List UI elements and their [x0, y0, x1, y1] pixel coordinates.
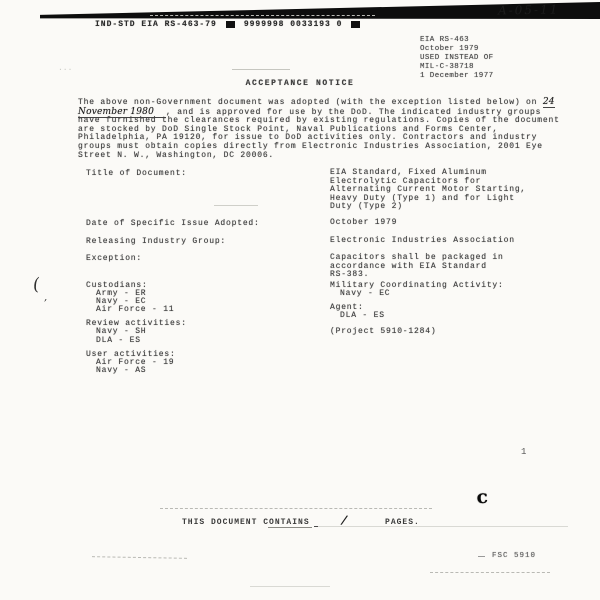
document-contains-line: THIS DOCUMENT CONTAINS / PAGES.	[182, 513, 420, 527]
project-number-note: (Project 5910-1284)	[330, 327, 436, 336]
scan-artifact-line	[268, 527, 312, 528]
page-title: ACCEPTANCE NOTICE	[0, 79, 600, 88]
handwritten-paren-mark: (	[32, 275, 41, 296]
standard-number: EIA RS-463	[420, 36, 494, 45]
coordinating-activity-item: Navy - EC	[330, 290, 504, 298]
agent-item: DLA - ES	[330, 312, 504, 320]
scan-artifact-line	[318, 526, 568, 527]
document-id-stamp: IND-STD EIA RS-463-79 9999998 0033193 0	[95, 20, 360, 29]
fsc-code: FSC 5910	[492, 552, 536, 560]
scan-artifact-line	[430, 572, 550, 573]
scanned-acceptance-notice-page: IND-STD EIA RS-463-79 9999998 0033193 0 …	[0, 0, 600, 600]
review-activity-item: DLA - ES	[86, 337, 187, 345]
ink-blob-mark: C	[476, 492, 487, 508]
user-activity-item: Navy - AS	[86, 367, 187, 375]
handwritten-comma-mark: ,	[44, 292, 47, 303]
stamp-doc-id: IND-STD EIA RS-463-79	[95, 20, 217, 29]
used-instead-of-label: USED INSTEAD OF	[420, 54, 494, 63]
scan-artifact-line	[232, 69, 290, 70]
contains-label: THIS DOCUMENT CONTAINS	[182, 518, 310, 527]
activities-left-column: Custodians: Army - ER Navy - EC Air Forc…	[86, 282, 187, 375]
scan-artifact-line	[160, 508, 432, 509]
standard-date: October 1979	[420, 45, 494, 54]
scan-artifact-line	[92, 556, 187, 559]
scan-artifact-dots: ...	[58, 64, 76, 73]
scan-artifact-line	[214, 205, 258, 206]
stamp-block-icon	[226, 21, 235, 28]
field-value-exception: Capacitors shall be packaged in accordan…	[330, 254, 566, 280]
field-value-releasing-group: Electronic Industries Association	[330, 237, 566, 246]
field-value-title-of-document: EIA Standard, Fixed Aluminum Electrolyti…	[330, 169, 566, 212]
field-label-exception: Exception:	[86, 254, 142, 263]
custodian-item: Air Force - 11	[86, 306, 187, 314]
scan-artifact-line	[150, 15, 375, 16]
superseded-spec: MIL-C-38718	[420, 63, 494, 72]
adoption-paragraph: The above non-Government document was ad…	[78, 98, 564, 160]
adoption-text-post: , and is approved for use by the DoD. Th…	[78, 108, 560, 160]
scan-artifact-line	[478, 556, 485, 557]
scan-artifact-line	[250, 586, 330, 587]
activities-right-column: Military Coordinating Activity: Navy - E…	[330, 282, 504, 320]
stamp-block-icon	[351, 21, 360, 28]
adoption-text-pre: The above non-Government document was ad…	[78, 98, 543, 107]
field-label-date-adopted: Date of Specific Issue Adopted:	[86, 219, 260, 228]
field-label-title-of-document: Title of Document:	[86, 169, 187, 178]
standard-id-block: EIA RS-463 October 1979 USED INSTEAD OF …	[420, 36, 494, 81]
stamp-code: 9999998 0033193 0	[244, 20, 343, 29]
page-marker: 1	[521, 447, 526, 457]
field-value-date-adopted: October 1979	[330, 219, 566, 228]
field-label-releasing-group: Releasing Industry Group:	[86, 237, 226, 246]
handwritten-corner-note: A-05-11	[498, 2, 560, 17]
